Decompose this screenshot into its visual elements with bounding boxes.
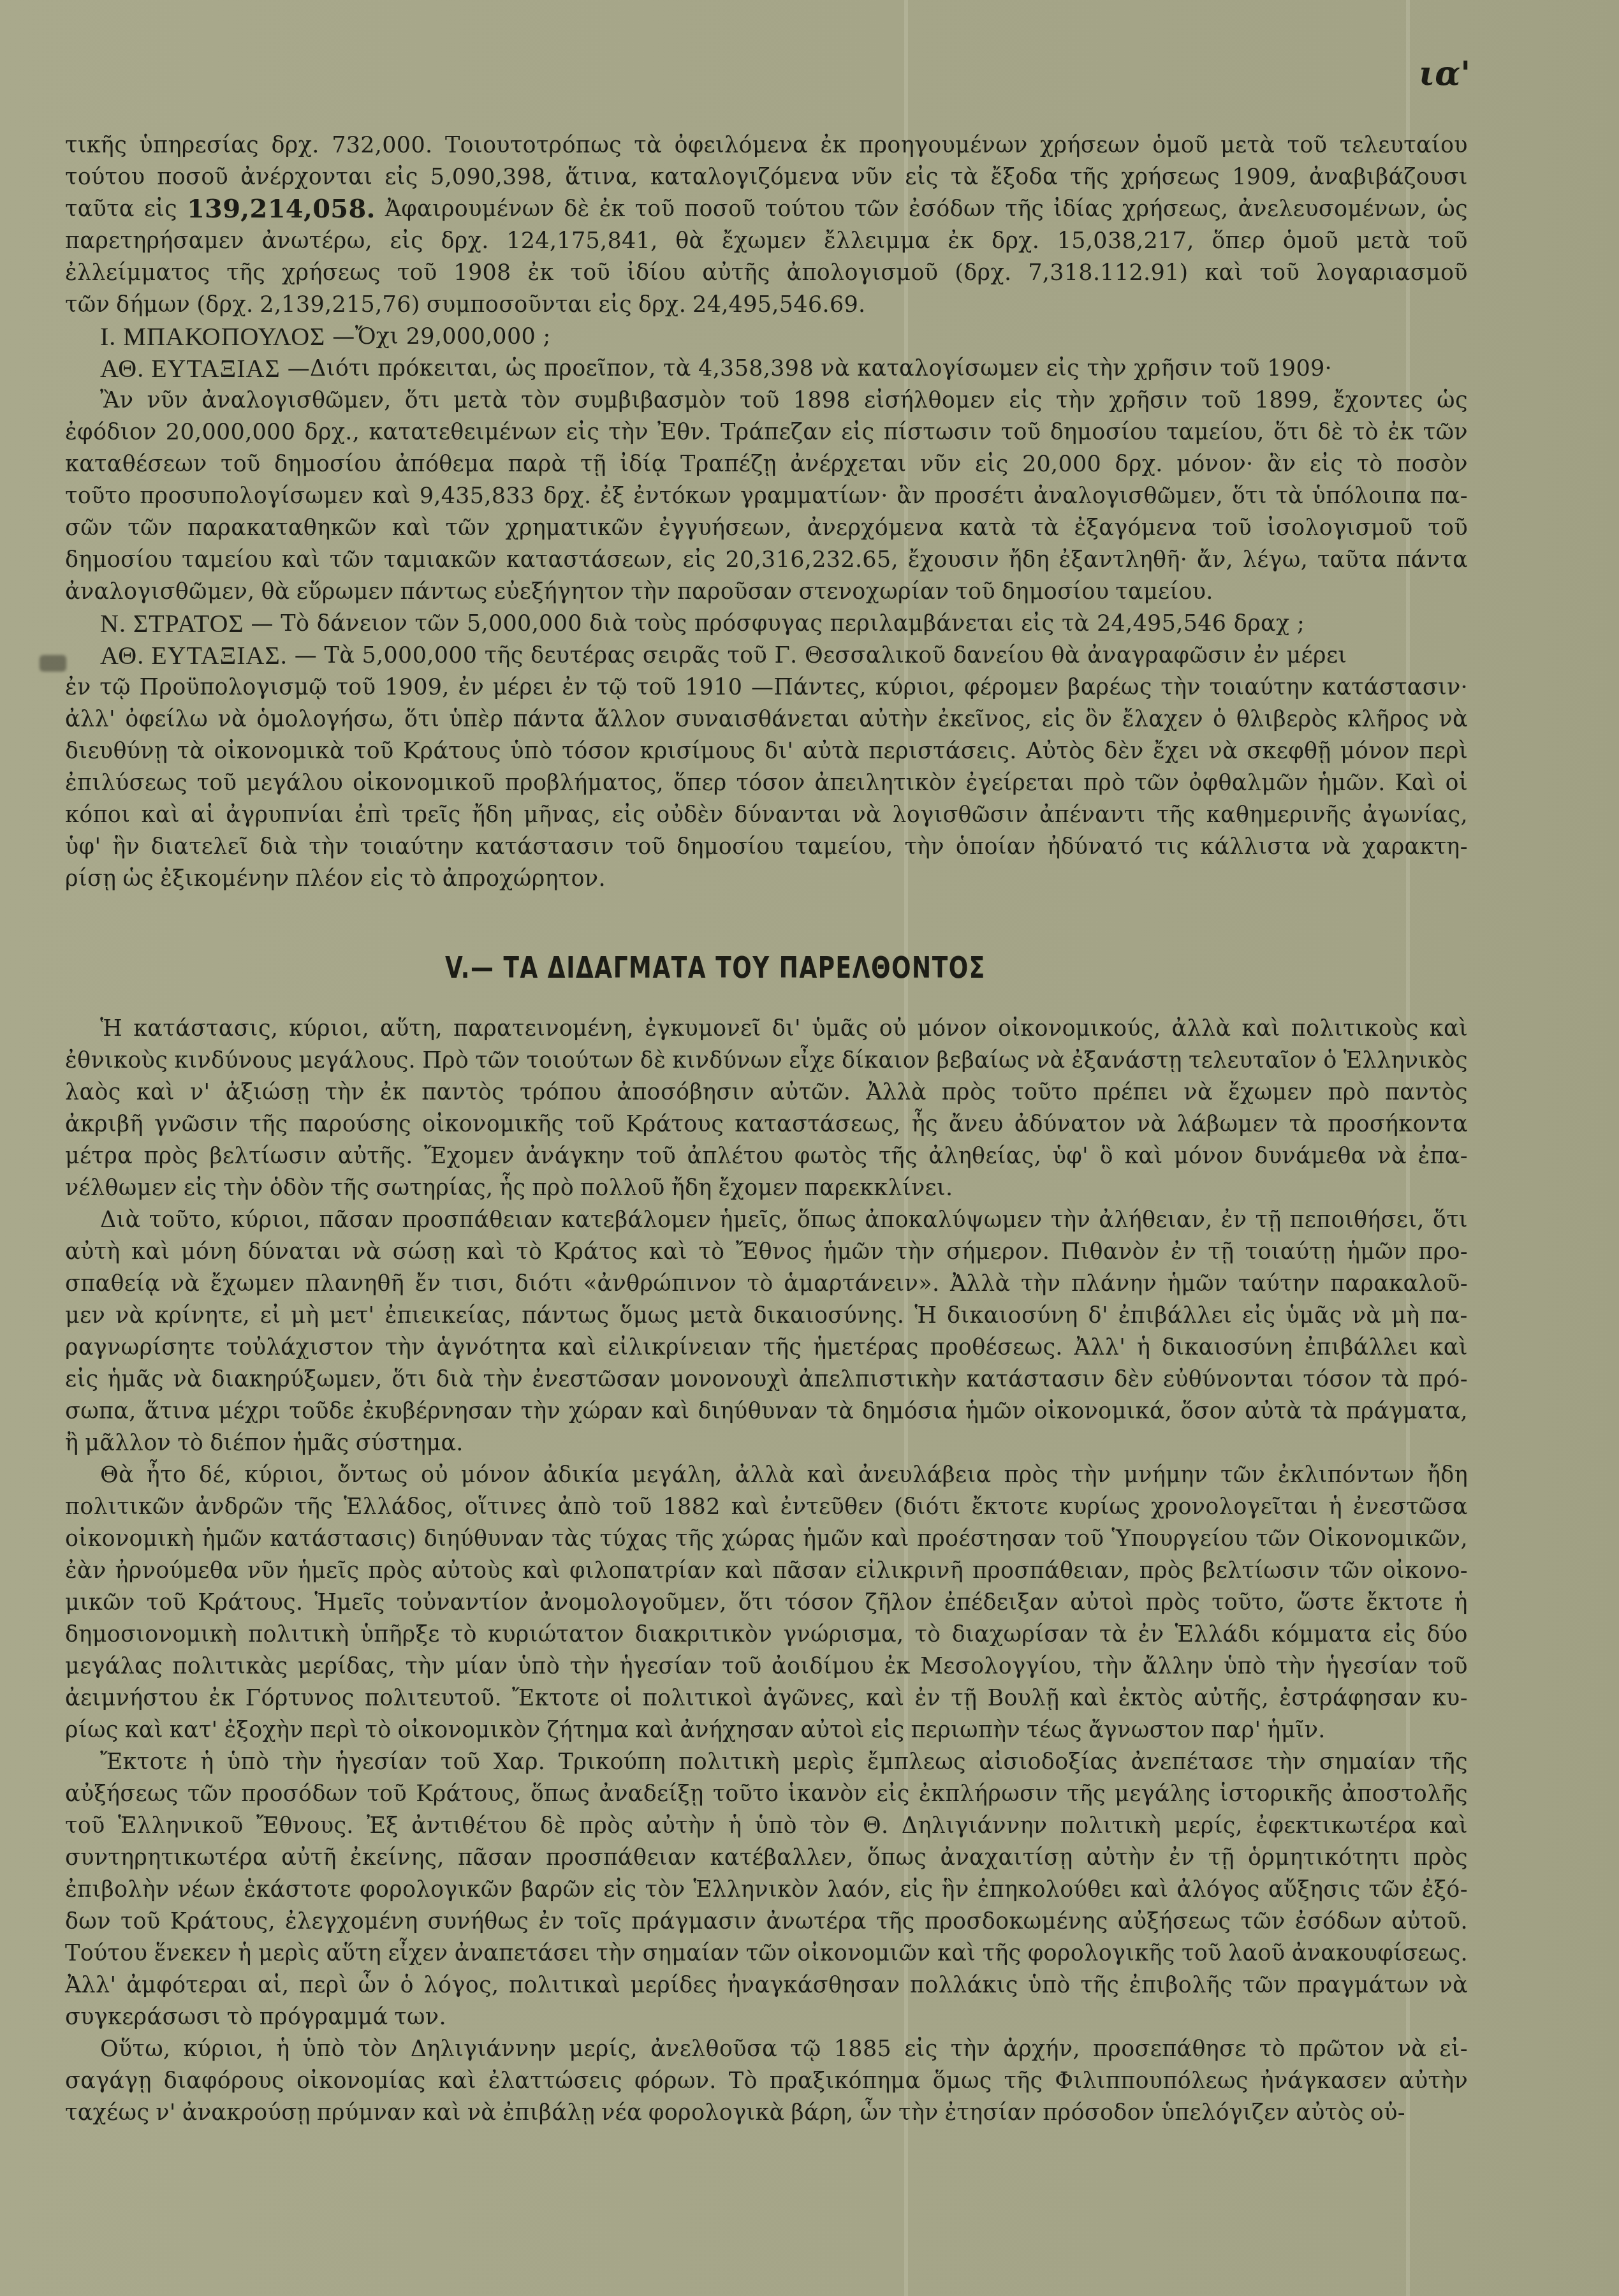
- word: ἤδη: [1009, 544, 1050, 576]
- word: ἀνέρχεται: [790, 448, 906, 480]
- word: ἡ: [276, 2033, 289, 2065]
- word: καὶ: [423, 2097, 461, 2129]
- word: διέπον: [210, 1427, 286, 1459]
- word: αὐξήσεως: [1118, 1906, 1231, 1938]
- word: σωτηρίας,: [376, 1172, 493, 1204]
- word: τὴν: [282, 1746, 323, 1778]
- word: μέτρα: [65, 1140, 133, 1172]
- word: τῶν: [1329, 1555, 1374, 1587]
- word: ἀποσόβησιν: [617, 1077, 754, 1108]
- word: ὑπόλοιπα: [1312, 480, 1421, 512]
- word: ἐπιβολῆς: [1129, 1969, 1233, 2001]
- word: ὑπὸ: [227, 1746, 269, 1778]
- word: δύο: [1427, 1619, 1468, 1651]
- word: τὴν: [325, 1077, 365, 1108]
- word: ἐξικομένην: [160, 863, 289, 895]
- word: Κράτους: [626, 1108, 724, 1140]
- word: ἐν: [1221, 1204, 1247, 1236]
- word: τῆς: [1070, 161, 1109, 193]
- text-line: μεγάλαςπολιτικὰςμερίδας,τὴνμίανὑπὸτὴνἡγε…: [65, 1651, 1468, 1682]
- word: τοῦ: [1064, 1523, 1104, 1555]
- word: σώσῃ: [392, 1236, 455, 1268]
- word: δημοσίου: [1050, 416, 1157, 448]
- word: Ἔθνος: [736, 1236, 812, 1268]
- word: ἀνεπέτασε: [1131, 1746, 1253, 1778]
- word: τὴν: [483, 1364, 524, 1395]
- word: τοὐλάχιστον: [226, 1332, 374, 1364]
- word: δικαιοσύνη: [1162, 1332, 1293, 1364]
- word: τοῦ: [121, 1906, 161, 1938]
- word: διαχωρίσαν: [952, 1619, 1088, 1651]
- word: Φιλιππουπόλεως: [1055, 2065, 1248, 2097]
- word: λογισθῶσιν: [892, 799, 1028, 831]
- word: ἡ: [1137, 1332, 1150, 1364]
- word: εἰς: [1042, 703, 1075, 735]
- word: κύριοι,: [184, 2033, 263, 2065]
- word: καὶ: [392, 512, 430, 544]
- word: νὰ: [352, 1236, 381, 1268]
- word: ὁ: [400, 1969, 414, 2001]
- word: μόνον: [461, 1459, 531, 1491]
- word: μνήμην: [1124, 1459, 1208, 1491]
- word: παρετηρήσαμεν: [65, 225, 244, 257]
- word: 9,435,833: [420, 480, 535, 512]
- word: προέστησαν: [917, 1523, 1057, 1555]
- word: προσπάθειαν: [546, 1842, 696, 1874]
- speaker-name: Ν. ΣΤΡΑΤΟΣ: [100, 608, 251, 640]
- word: ἡμεῖς,: [719, 1204, 788, 1236]
- word: αὐτῆς.: [338, 1140, 413, 1172]
- word: τοῦτο,: [1212, 1587, 1285, 1619]
- word: δι': [772, 1013, 801, 1045]
- word: ταμείου,: [1166, 416, 1264, 448]
- word: ἀνωτέρα: [766, 1906, 867, 1938]
- word: τις: [1155, 831, 1189, 863]
- word: σκεφθῇ: [1247, 735, 1331, 767]
- word: χρῆσιν: [1109, 385, 1187, 416]
- word: κατέβαλλεν,: [710, 1842, 854, 1874]
- word: τοῦ: [575, 1108, 615, 1140]
- word: δὲν: [1104, 735, 1144, 767]
- word: ἄγνωστον: [1088, 1714, 1205, 1746]
- text-line: συγκεράσωσιτὸπρόγραμμάτων.: [65, 2001, 1468, 2033]
- text-line: πολιτικῶνἀνδρῶντῆςἙλλάδος,οἵτινεςἀπὸτοῦ1…: [65, 1491, 1468, 1523]
- word: 1908: [453, 257, 511, 289]
- word: κύριοι,: [289, 1013, 369, 1045]
- word: ἡμῶν.: [1317, 767, 1385, 799]
- word: ἐξοχὴν: [224, 1714, 304, 1746]
- word: πρὸς: [1146, 1587, 1200, 1619]
- speech-text: —Διότι πρόκειται, ὡς προεῖπον, τὰ 4,358,…: [288, 353, 1332, 385]
- word: δρχ.: [1115, 448, 1163, 480]
- word: δρχ.: [272, 129, 319, 161]
- word: δικαιοσύνη: [947, 1300, 1078, 1332]
- word: τῇ: [951, 1682, 977, 1714]
- word: πάντως: [522, 1300, 609, 1332]
- word: Ἀλλὰ: [950, 1268, 1010, 1300]
- word: 20,316,232.65,: [726, 544, 898, 576]
- word: ἀλλ': [65, 703, 115, 735]
- word: ὥστε: [1296, 1587, 1354, 1619]
- word: Καὶ: [1395, 767, 1435, 799]
- word: ἄλλην: [1143, 1651, 1214, 1682]
- word: ἔχωμεν: [722, 225, 807, 257]
- word: ἔν: [415, 1268, 441, 1300]
- word: ἐπὶ: [355, 799, 390, 831]
- word: ἔχωμεν: [1228, 1077, 1313, 1108]
- word: καὶ: [142, 799, 180, 831]
- word: ὑφ': [65, 831, 101, 863]
- word: Ἀλλ': [1074, 1332, 1125, 1364]
- word: ἀλόγος: [1176, 1874, 1259, 1906]
- word: δυνάμεθα: [1255, 1140, 1366, 1172]
- word: διότι: [515, 1268, 573, 1300]
- word: οἰκονομικούς,: [998, 1013, 1161, 1045]
- word: Ἂν: [100, 385, 133, 416]
- text-line: ἢμᾶλλοντὸδιέπονἡμᾶςσύστημα.: [65, 1427, 1468, 1459]
- word: νὰ: [1183, 1077, 1213, 1108]
- word: Ἑλληνικοῦ: [118, 1810, 244, 1842]
- word: ὡς: [1437, 193, 1468, 225]
- word: δικαιοσύνης.: [753, 1300, 904, 1332]
- word: παροῦσαν: [677, 576, 793, 608]
- word: παρ': [1211, 1714, 1261, 1746]
- word: ταμείου: [182, 544, 272, 576]
- word: τῶν: [65, 289, 110, 321]
- word: ἀπελπιστικὴν: [799, 1364, 957, 1395]
- word: τοῦ: [354, 735, 394, 767]
- word: τὴν: [1276, 1651, 1316, 1682]
- word: ἅτινα,: [565, 161, 638, 193]
- word: τοῦ: [1201, 385, 1242, 416]
- word: ἡμῶν: [1168, 1268, 1228, 1300]
- word: ραγνωρίσητε: [65, 1332, 215, 1364]
- word: πᾶσαν: [458, 1842, 532, 1874]
- text-line: ἜκτοτεἡὑπὸτὴνἡγεσίαντοῦΧαρ.Τρικούπηπολιτ…: [65, 1746, 1468, 1778]
- word: μέρει: [493, 672, 553, 703]
- word: ἀλλὰ: [1172, 1013, 1231, 1045]
- word: τῶν: [446, 512, 490, 544]
- word: εἰς: [1310, 448, 1343, 480]
- word: εἰς: [603, 1874, 636, 1906]
- word: ἢ: [65, 1427, 78, 1459]
- word: τὴν: [1051, 1204, 1091, 1236]
- word: διηύθυναν: [698, 1395, 817, 1427]
- word: ἐκ: [527, 257, 553, 289]
- word: ἀντιθέτου: [411, 1810, 527, 1842]
- word: γραμματίων·: [740, 480, 888, 512]
- word: ἐνεστῶσα: [1353, 1491, 1468, 1523]
- word: 1882: [663, 1491, 720, 1523]
- word: καὶ: [1430, 1810, 1468, 1842]
- word: καὶ: [1069, 1682, 1108, 1714]
- word: Δηλιγιάννην: [411, 2033, 557, 2065]
- word: ὀφθαλμῶν: [1189, 767, 1308, 799]
- word: ὑπὸ: [755, 1810, 797, 1842]
- word: αἱ,: [258, 1969, 289, 2001]
- word: Μεσολογγίου,: [920, 1651, 1083, 1682]
- word: σήμερον.: [946, 1236, 1050, 1268]
- word: τὸν: [521, 385, 561, 416]
- word: τοῦ: [571, 257, 611, 289]
- word: αὐτὸς: [1296, 2097, 1363, 2129]
- word: μεν: [65, 1300, 105, 1332]
- word: ἡ: [1329, 1491, 1342, 1523]
- word: τῶν: [1241, 1906, 1286, 1938]
- word: παντὸς: [1385, 1077, 1468, 1108]
- word: παρεκκλίνει.: [805, 1172, 953, 1204]
- word: εἰς: [975, 448, 1008, 480]
- word: ἐκ: [1388, 416, 1414, 448]
- word: ἔχει: [1153, 735, 1199, 767]
- word: περιωπὴν: [911, 1714, 1020, 1746]
- word: ἀλλὰ: [735, 1459, 795, 1491]
- word: ἁγνότητα: [436, 1332, 546, 1364]
- word: θὰ: [675, 225, 704, 257]
- word: ὑμᾶς: [812, 1013, 868, 1045]
- word: ἐγείρεται: [966, 767, 1074, 799]
- word: καὶ: [282, 544, 320, 576]
- word: τὸ: [698, 1236, 724, 1268]
- word: ἔχουσιν: [908, 544, 999, 576]
- word: τοῦ: [1287, 129, 1328, 161]
- word: δίκαιον: [842, 1045, 930, 1077]
- word: τοιαύτην: [360, 831, 464, 863]
- word: συναισθάνεται: [675, 703, 849, 735]
- word: προσυπολογίσωμεν: [140, 480, 363, 512]
- word: δρχ.: [441, 225, 488, 257]
- text-line: ἀκριβῆγνῶσιντῆςπαρούσηςοἰκονομικῆςτοῦΚρά…: [65, 1108, 1468, 1140]
- word: ἰδίου: [627, 257, 685, 289]
- word: τοῦτο: [65, 480, 131, 512]
- word: νὰ: [173, 1364, 203, 1395]
- speaker-line: ΑΘ. ΕΥΤΑΞΙΑΣ —Διότι πρόκειται, ὡς προεῖπ…: [65, 353, 1468, 385]
- word: καὶ: [807, 1459, 846, 1491]
- word: τῇ: [1208, 1842, 1234, 1874]
- word: πολιτικὴ: [1060, 1810, 1161, 1842]
- word: Ἔθνους.: [256, 1810, 354, 1842]
- text-line: οἰκονομικὴἡμῶνκατάστασις)διηύθυναντὰςτύχ…: [65, 1523, 1468, 1555]
- word: ὁδὸν: [270, 1172, 325, 1204]
- word: τοῦ: [635, 193, 675, 225]
- word: Τὸ: [729, 2065, 758, 2097]
- word: ἧς: [912, 1108, 938, 1140]
- word: συμποσοῦνται: [427, 289, 592, 321]
- word: (δρχ.: [955, 257, 1011, 289]
- word: εἶχεν: [388, 1938, 448, 1969]
- word: ἀπολογισμοῦ: [786, 257, 938, 289]
- word: οἰκονομικὰ: [214, 735, 345, 767]
- word: τῆς: [876, 1906, 915, 1938]
- word: ἐξ: [600, 480, 625, 512]
- word: ἐξανάστῃ: [1072, 1045, 1182, 1077]
- word: παρακαταθηκῶν: [187, 512, 377, 544]
- word: δρχ.,: [305, 416, 360, 448]
- word: πραγμάτων: [1297, 1969, 1428, 2001]
- word: Ἑλλάδι: [1175, 1619, 1261, 1651]
- word: ἡ: [728, 1810, 742, 1842]
- word: τῷ: [790, 2033, 821, 2065]
- word: ἱστορικῆς: [1220, 1778, 1333, 1810]
- word: Βουλῇ: [987, 1682, 1059, 1714]
- word: αἱ: [191, 799, 215, 831]
- word: τέως: [1027, 1714, 1082, 1746]
- word: νῦν: [920, 448, 962, 480]
- word: πρῶτον: [1298, 2033, 1385, 2065]
- word: ἐπιβάλῃ: [502, 2097, 595, 2129]
- word: τρόπου: [520, 1077, 601, 1108]
- word: παντὸς: [421, 1077, 504, 1108]
- word: προσπάθειαν,: [972, 1555, 1131, 1587]
- word: νέλθωμεν: [65, 1172, 177, 1204]
- word: ἐκ: [884, 1651, 910, 1682]
- word: δων: [65, 1906, 111, 1938]
- word: ἡ: [1454, 1587, 1468, 1619]
- word: τῇ: [1208, 1236, 1234, 1268]
- word: ἀκριβῆ: [65, 1108, 143, 1140]
- word: περὶ: [1419, 735, 1468, 767]
- word: ἐν: [562, 672, 588, 703]
- word: τοῦ: [1259, 257, 1300, 289]
- word: οἰκονομικῆς: [422, 1108, 564, 1140]
- word: προθέσεως.: [930, 1332, 1063, 1364]
- word: πολιτικῶν: [65, 1491, 184, 1523]
- word: φορολογικὰ: [648, 2097, 785, 2129]
- word: τῆς: [330, 1172, 369, 1204]
- word: τὰ: [177, 735, 205, 767]
- word: πάντως: [400, 576, 488, 608]
- word: τῆς: [1004, 2065, 1043, 2097]
- word: μῆνας,: [524, 799, 601, 831]
- word: μόνη: [181, 1236, 237, 1268]
- word: καὶ: [136, 1077, 175, 1108]
- word: αὐτῆς: [702, 257, 770, 289]
- word: ἐκείνης,: [350, 1842, 444, 1874]
- word: ἕνεκεν: [154, 1938, 231, 1969]
- word: μόνον: [1174, 1140, 1243, 1172]
- word: ταμείου.: [1115, 576, 1213, 608]
- word: ὃ: [1099, 1140, 1113, 1172]
- word: διακριτικὸν: [635, 1619, 772, 1651]
- word: λαόν,: [827, 1874, 891, 1906]
- word: τὰ: [1099, 1619, 1127, 1651]
- word: καὶ: [125, 1714, 163, 1746]
- word: πα-: [1430, 480, 1468, 512]
- text-line: μικῶντοῦΚράτους.Ἡμεῖςτοὐναντίονἀνομολογο…: [65, 1587, 1468, 1619]
- word: τῶν: [1368, 1874, 1413, 1906]
- word: τὰ: [634, 129, 662, 161]
- word: τὸν: [810, 1810, 850, 1842]
- word: πολιτικὰς: [173, 1651, 288, 1682]
- word: ἀναδείξῃ: [599, 1778, 703, 1810]
- word: ἐν: [1171, 1236, 1197, 1268]
- word: 7,318.112.91): [1028, 257, 1188, 289]
- word: ἀναχαιτίσῃ: [940, 1842, 1073, 1874]
- word: ἦτο: [147, 1459, 186, 1491]
- word: διὰ: [436, 1364, 474, 1395]
- text-block-lower: Ἡκατάστασις,κύριοι,αὕτη,παρατεινομένη,ἐγ…: [65, 1013, 1468, 2129]
- word: κυρίως: [1059, 1491, 1140, 1523]
- text-line: σωπα,ἅτιναμέχριτοῦδεἐκυβέρνησαντὴνχώρανκ…: [65, 1395, 1468, 1427]
- word: ἡμῶν: [803, 1523, 863, 1555]
- word: τοιαύτην: [1209, 672, 1313, 703]
- text-line: παρετηρήσαμενἀνωτέρω,εἰςδρχ.124,175,841,…: [65, 225, 1468, 257]
- word: αὔξησις: [1268, 1874, 1360, 1906]
- word: αὐτὴν: [1399, 2065, 1468, 2097]
- word: ἐκπλήρωσιν: [919, 1778, 1058, 1810]
- word: τὸ: [1259, 2033, 1286, 2065]
- word: ἀνερχόμενα: [807, 512, 944, 544]
- word: παρούσης: [299, 1108, 411, 1140]
- word: βεβαίως: [937, 1045, 1030, 1077]
- word: ἀπλέτου: [687, 1140, 784, 1172]
- text-line: ἐθνικοὺςκινδύνουςμεγάλους.Πρὸτῶντοιούτων…: [65, 1045, 1468, 1077]
- word: τὰς: [552, 1523, 592, 1555]
- speaker-name: Ι. ΜΠΑΚΟΠΟΥΛΟΣ: [100, 321, 332, 353]
- word: προσεπάθησε: [1093, 2033, 1247, 2065]
- word: αὐξήσεως: [65, 1778, 179, 1810]
- word: ἡμῶν: [201, 1523, 262, 1555]
- word: τῶν: [746, 1938, 791, 1969]
- word: τοῦ: [722, 1651, 762, 1682]
- word: εἰς: [905, 161, 938, 193]
- word: ἀπροχώρητον.: [443, 863, 606, 895]
- word: Κράτος: [553, 1236, 638, 1268]
- word: ὄντως: [337, 1459, 408, 1491]
- word: ὁμοῦ: [1152, 129, 1208, 161]
- word: τόσον: [736, 767, 805, 799]
- word: Θ.: [863, 1810, 888, 1842]
- word: νὰ: [1439, 1969, 1468, 2001]
- word: ὅμως: [619, 1300, 678, 1332]
- word: —Πάντες,: [751, 672, 867, 703]
- word: Ἀφαιρουμένων: [385, 193, 555, 225]
- word: βαρέως: [1067, 672, 1152, 703]
- text-line: δωντοῦΚράτους,ἐλεγχομένησυνήθωςἐντοῖςπρά…: [65, 1906, 1468, 1938]
- word: ἀλήθειαν,: [1099, 1204, 1212, 1236]
- word: πλανηθῆ: [305, 1268, 404, 1300]
- word: ὅπερ: [1212, 225, 1265, 257]
- word: ὁ: [1213, 703, 1226, 735]
- word: κλῆρος: [1347, 703, 1429, 735]
- word: τὸ: [227, 2001, 253, 2033]
- word: οἰκονομικὸν: [398, 1714, 541, 1746]
- word: ἔλαχεν: [1122, 703, 1203, 735]
- word: δρχ.: [638, 289, 686, 321]
- word: πρὸ: [532, 1172, 575, 1204]
- word: οὐδὲν: [656, 799, 723, 831]
- word: τὸ: [365, 1714, 392, 1746]
- word: πολιτικοὺς: [1291, 1013, 1419, 1045]
- word: εὐεξήγητον: [494, 576, 624, 608]
- word: Οὕτω,: [100, 2033, 171, 2065]
- word: μεγάλας: [65, 1651, 163, 1682]
- word: ἐπιβάλλει: [1118, 1300, 1232, 1332]
- text-line: ἀναλογισθῶμεν,θὰεὕρωμενπάντωςεὐεξήγητοντ…: [65, 576, 1468, 608]
- word: ἐξό-: [1422, 1874, 1468, 1906]
- word: τῶν: [1134, 767, 1179, 799]
- word: τοῦ: [1428, 225, 1468, 257]
- text-line: δημοσίουταμείουκαὶτῶνταμιακῶνκαταστάσεων…: [65, 544, 1468, 576]
- word: τὸ: [1352, 416, 1379, 448]
- ink-smudge: [40, 655, 66, 672]
- word: τὰ: [1310, 1395, 1338, 1427]
- word: πρόγραμμά: [260, 2001, 388, 2033]
- speech-text: — Τὰ 5,000,000 τῆς δευτέρας σειρᾶς τοῦ Γ…: [295, 640, 1347, 672]
- text-line: Ἡκατάστασις,κύριοι,αὕτη,παρατεινομένη,ἐγ…: [65, 1013, 1468, 1045]
- word: μίαν: [455, 1651, 508, 1682]
- word: ὅτι: [738, 1587, 773, 1619]
